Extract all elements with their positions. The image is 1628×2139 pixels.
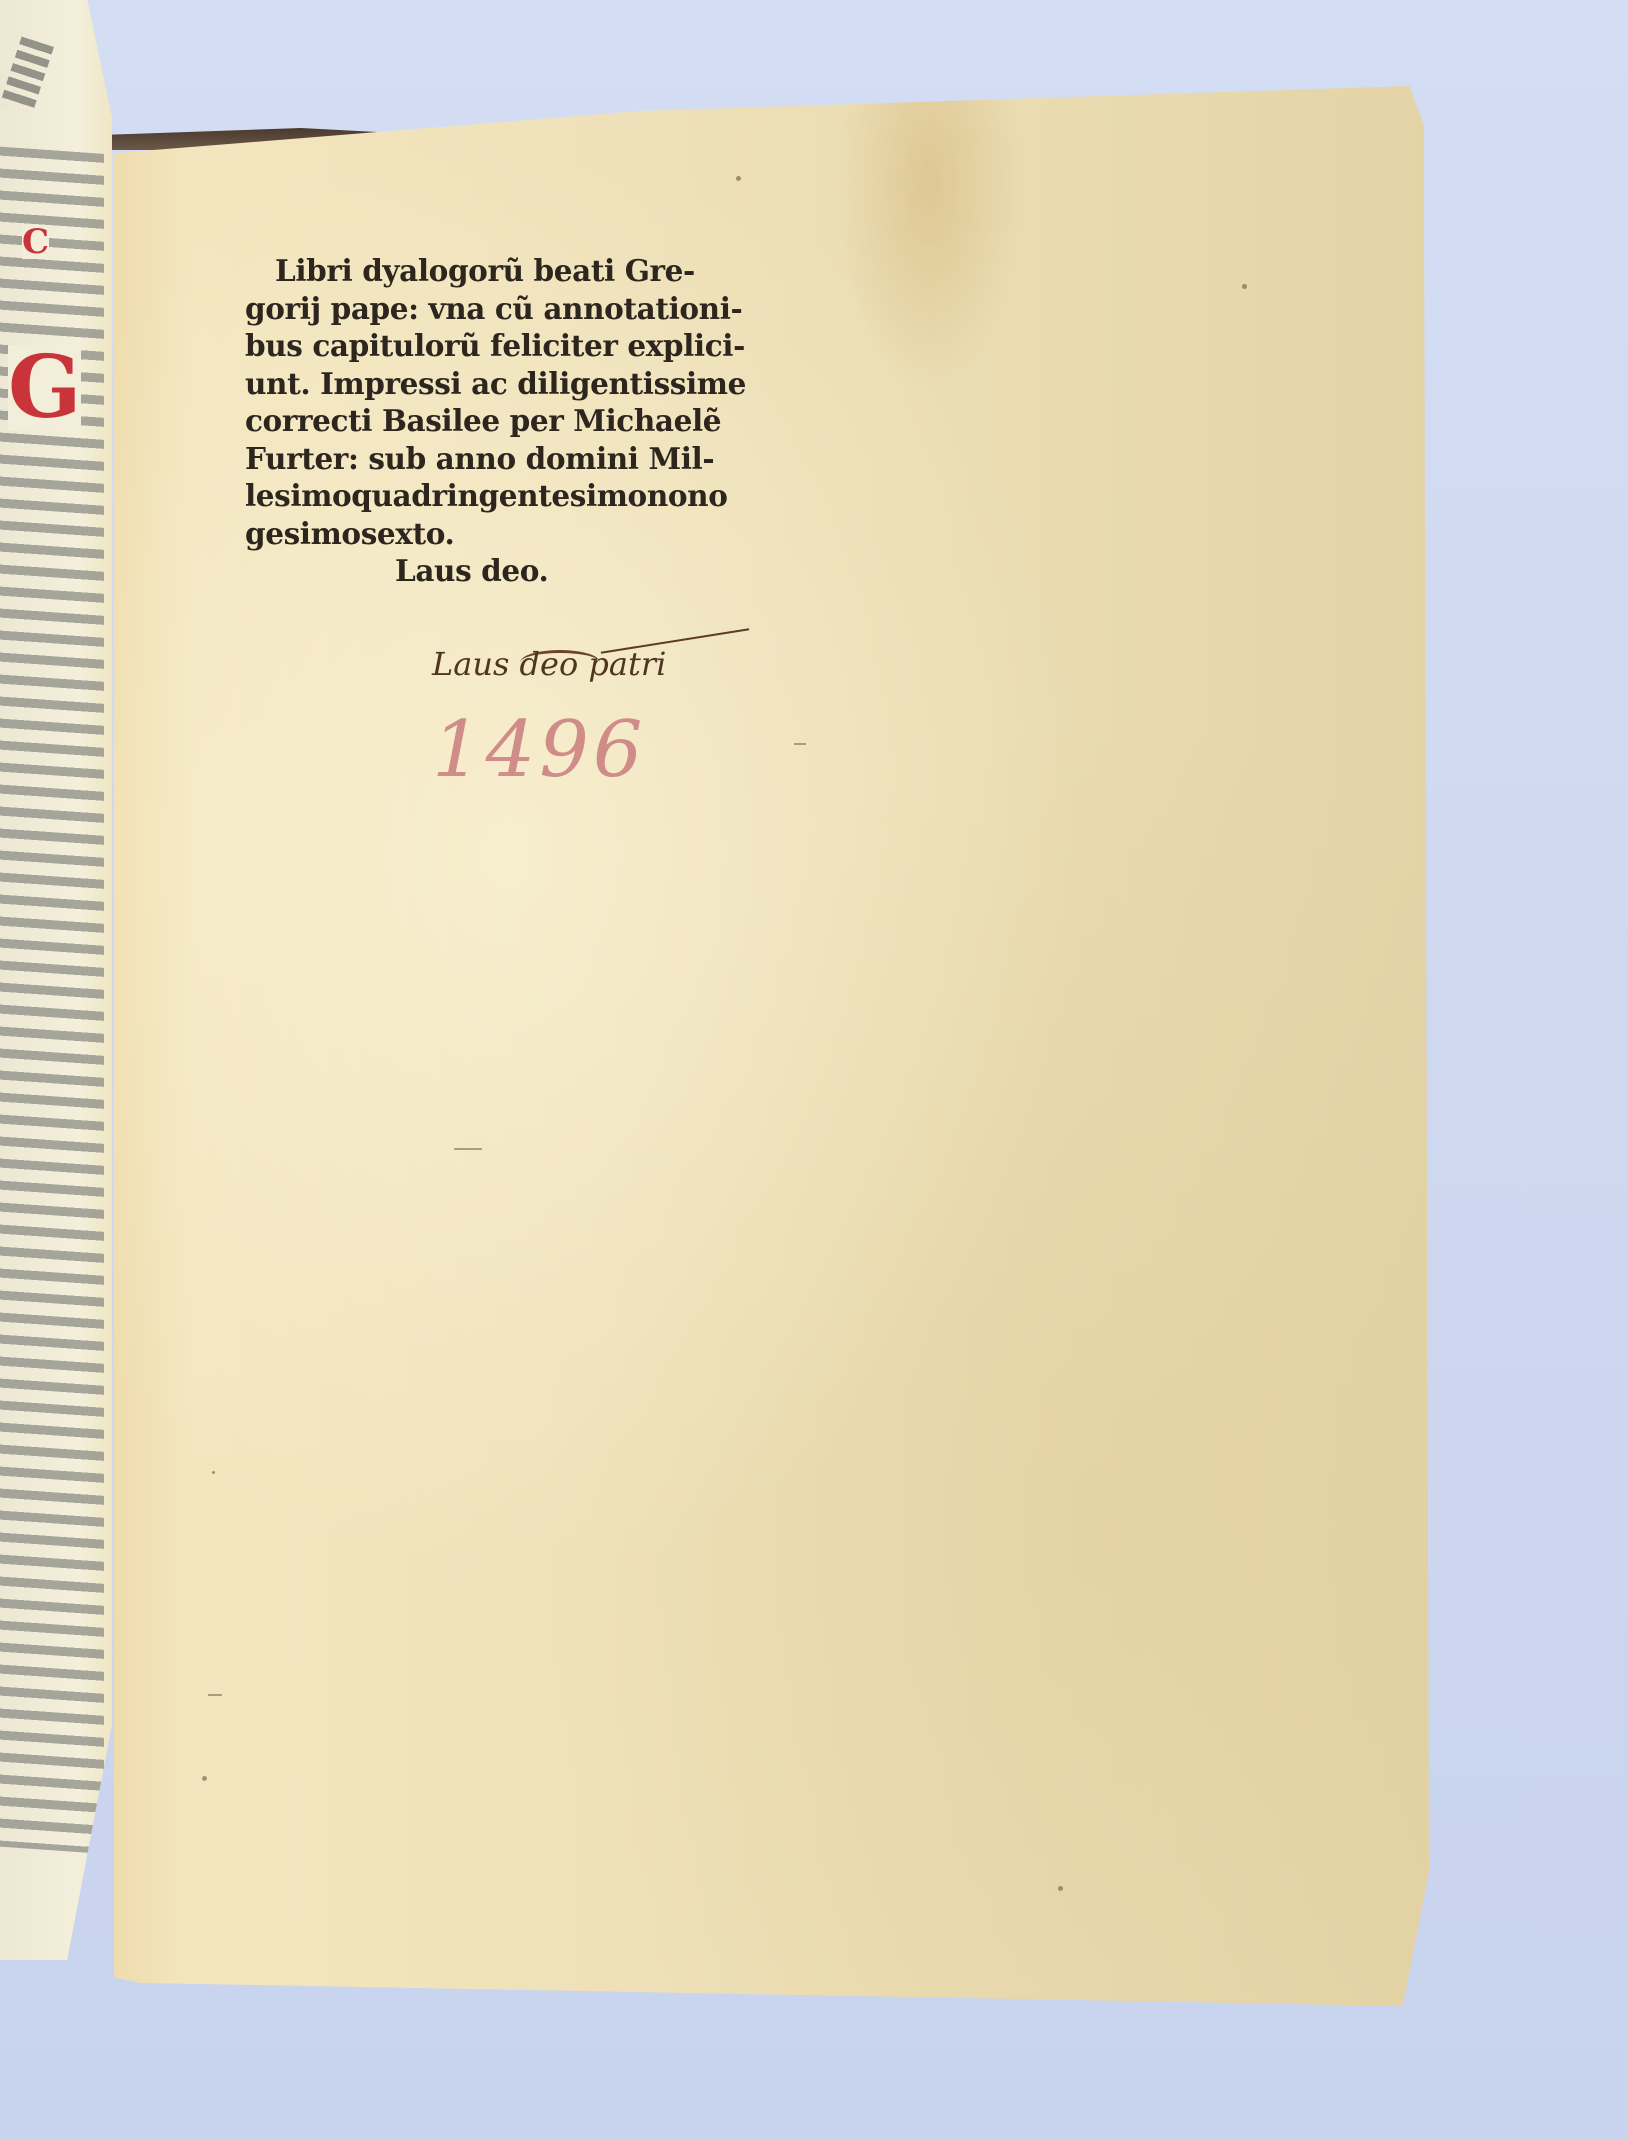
pencil-date-note: 1496 — [432, 705, 647, 795]
foxing-speck — [212, 1471, 215, 1474]
foxing-speck — [1058, 1886, 1063, 1891]
manuscript-annotation: Laus deo patri — [432, 645, 666, 683]
rubricated-initial-c: C — [22, 225, 49, 259]
colophon-line: gorij pape: vna cũ annotationi- — [245, 290, 765, 328]
colophon-line: gesimosexto. — [245, 515, 765, 553]
laus-deo-closing: Laus deo. — [245, 552, 765, 590]
foxing-speck — [736, 176, 741, 181]
colophon-line: unt. Impressi ac diligentissime — [245, 365, 765, 403]
rubricated-initial-g: G — [8, 345, 81, 431]
foxing-speck — [202, 1776, 207, 1781]
margin-mark — [208, 1694, 222, 1696]
running-header — [0, 36, 54, 113]
margin-mark — [454, 1148, 482, 1150]
colophon-line: Libri dyalogorũ beati Gre- — [245, 252, 765, 290]
colophon-line: Furter: sub anno domini Mil- — [245, 440, 765, 478]
colophon-line: correcti Basilee per Michaelẽ — [245, 402, 765, 440]
colophon-line: bus capitulorũ feliciter explici- — [245, 327, 765, 365]
colophon-line: lesimoquadringentesimonono — [245, 477, 765, 515]
margin-mark — [794, 743, 806, 745]
left-page-edge: C G — [0, 0, 112, 1960]
printed-colophon: Libri dyalogorũ beati Gre- gorij pape: v… — [245, 252, 765, 590]
foxing-speck — [1242, 284, 1247, 289]
